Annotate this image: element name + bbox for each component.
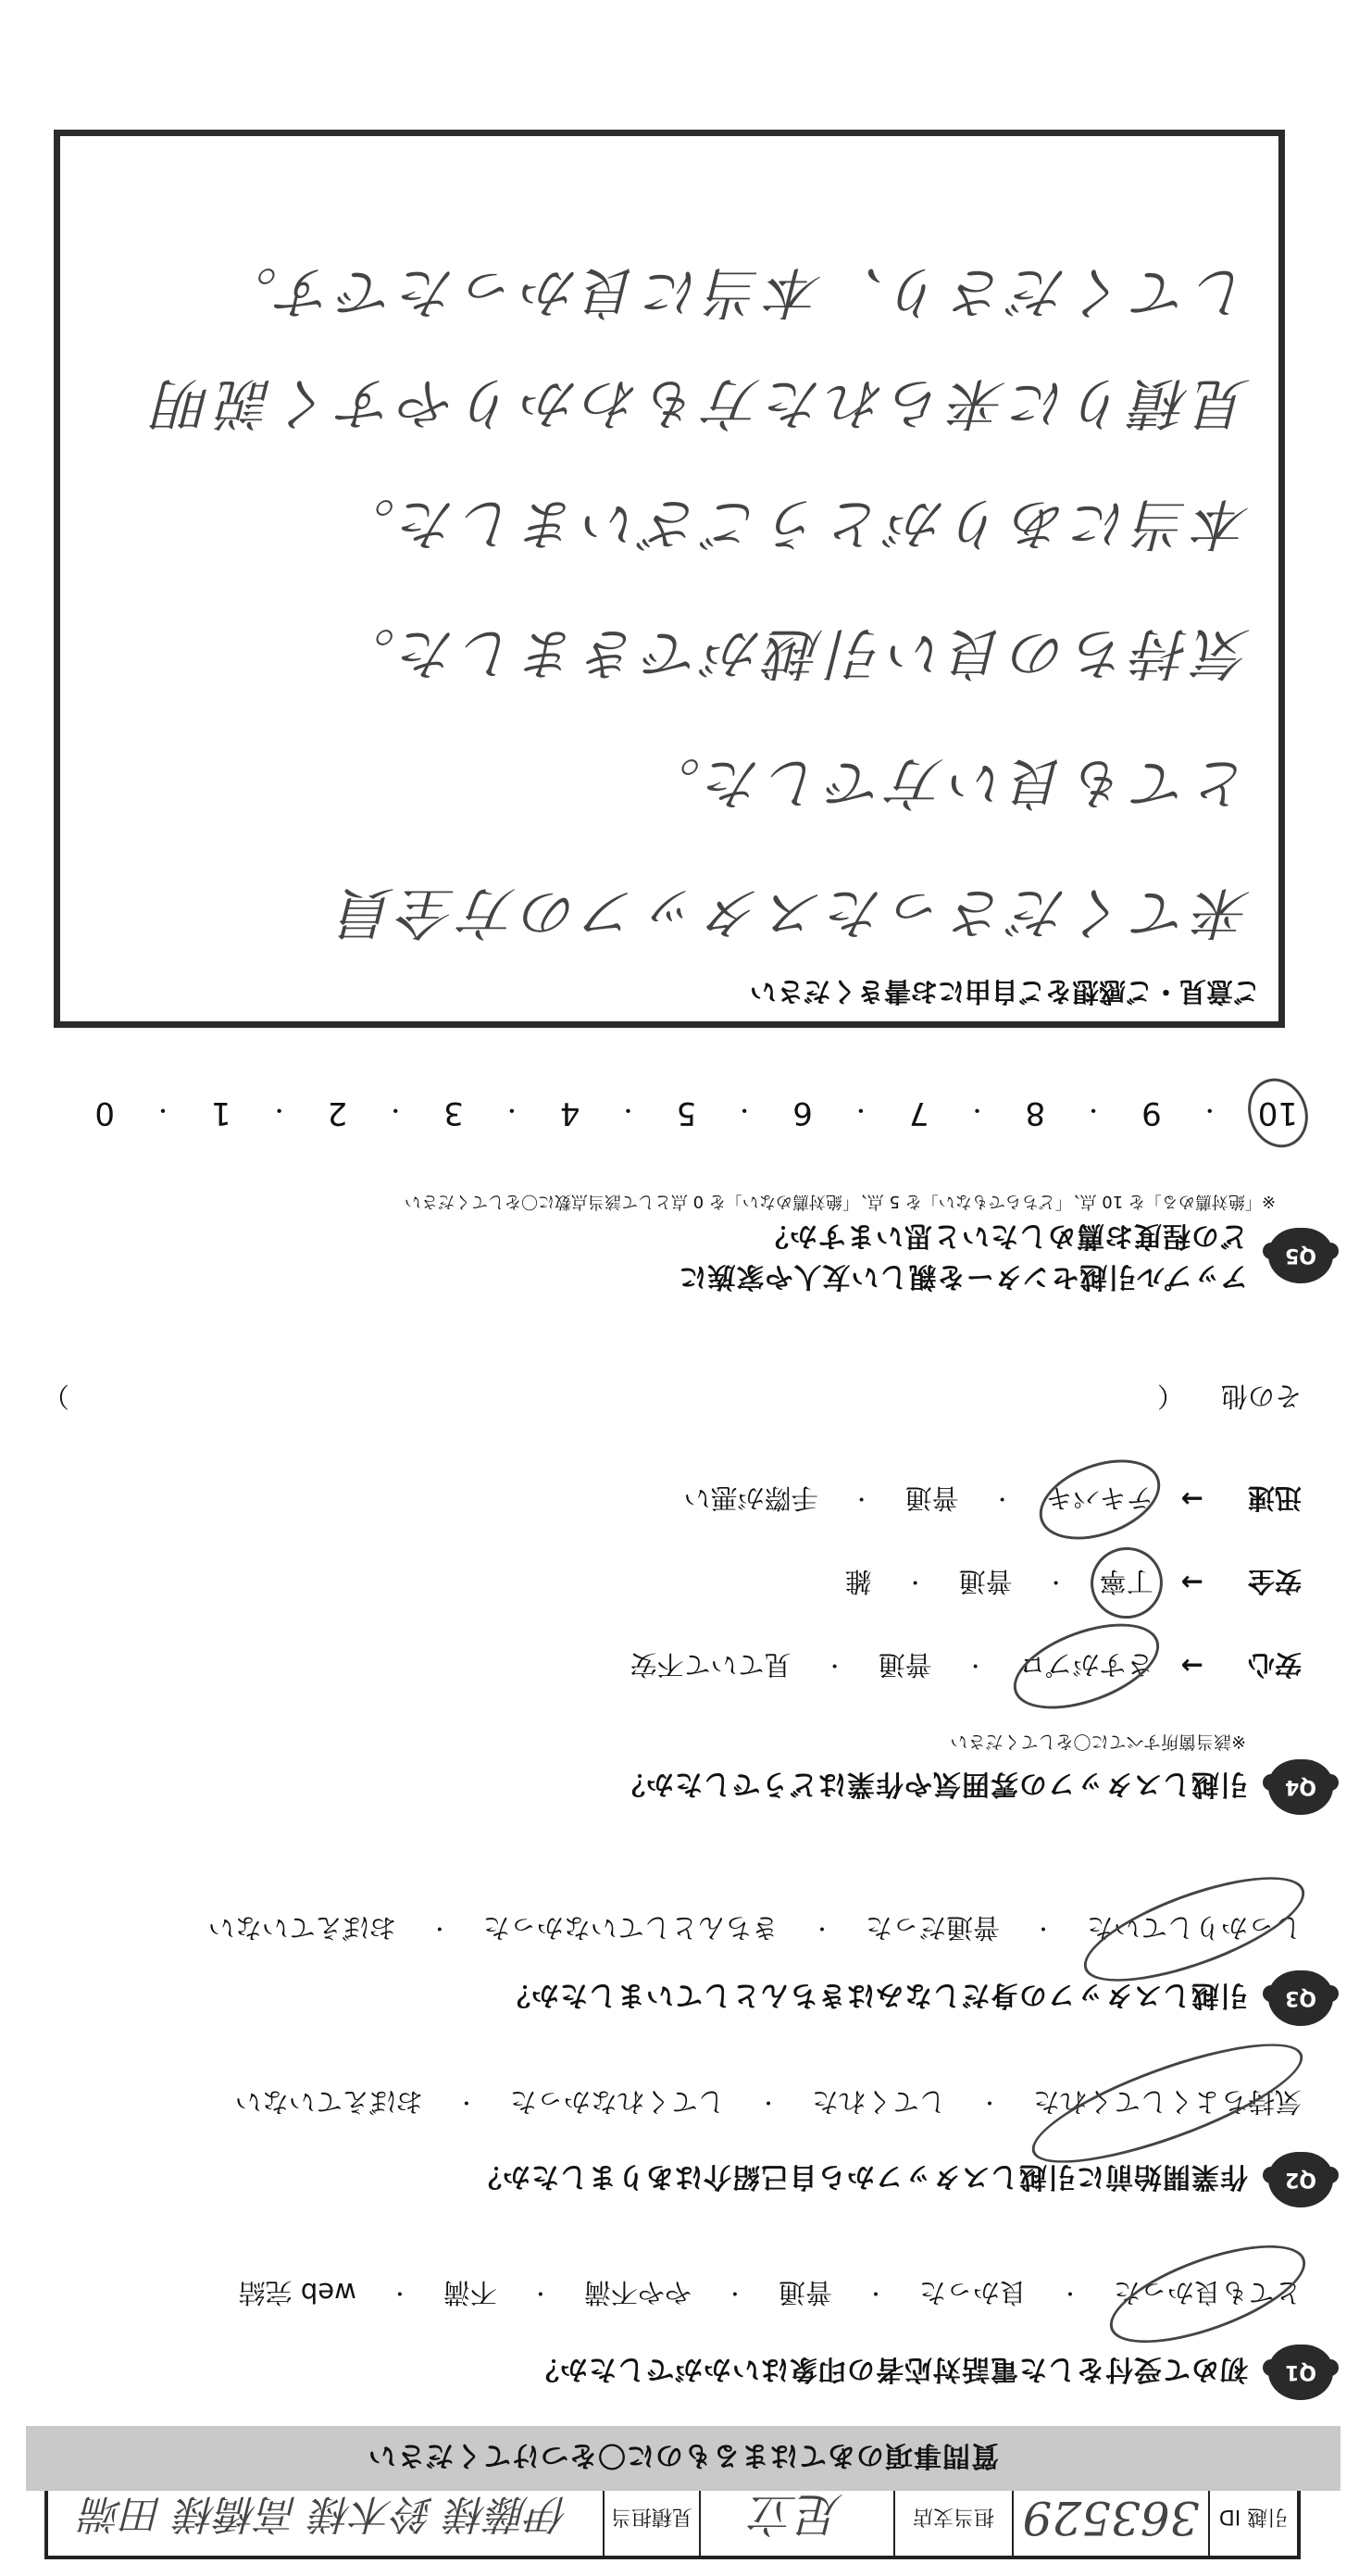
q4-option-normal[interactable]: 普通 [879, 1647, 932, 1685]
q1-option-web[interactable]: web 完結 [239, 2275, 356, 2313]
q4-option-professional[interactable]: さすがプロ [1019, 1647, 1153, 1685]
q2-option-pleasant[interactable]: 気持ちよくしてくれた [1033, 2084, 1302, 2122]
q4-row-label: 安心 [1231, 1647, 1302, 1685]
rating-4[interactable]: 4 [560, 1094, 580, 1132]
q4-option-normal[interactable]: 普通 [959, 1564, 1013, 1602]
q1-option-slightly-dissatisfied[interactable]: やや不満 [584, 2275, 692, 2313]
q2-badge-icon: Q2 [1268, 2152, 1333, 2207]
q5-text-line2: どの程度お薦めしたいと思いますか？ [679, 1219, 1249, 1259]
q3-options: しっかりしていた・ 普通だった・ きちんとしていなかった・ おぼえていない [208, 1910, 1302, 1948]
q2-options: 気持ちよくしてくれた・ してくれた・ してくれなかった・ おぼえていない [235, 2084, 1302, 2122]
q4-option-careful[interactable]: 丁寧 [1100, 1564, 1153, 1602]
comment-line: 来てくださったスタッフの方全員 [334, 877, 1251, 957]
comments-title: ご意見・ご感想をご自由にお書きください [750, 974, 1260, 1012]
q1-option-very-good[interactable]: とても良かった [1114, 2275, 1302, 2313]
q1-option-dissatisfied[interactable]: 不満 [443, 2275, 497, 2313]
q4-row-label: 安全 [1231, 1564, 1302, 1602]
rating-9[interactable]: 9 [1141, 1094, 1162, 1132]
q4-badge-icon: Q4 [1268, 1759, 1333, 1815]
q5-rating-scale: 10・ 9・ 8・ 7・ 6・ 5・ 4・ 3・ 2・ 1・ 0 [94, 1094, 1298, 1132]
branch-label: 担当支店 [913, 2504, 994, 2532]
rating-6[interactable]: 6 [792, 1094, 813, 1132]
arrow-right-icon: → [1181, 1568, 1203, 1599]
rating-3[interactable]: 3 [443, 1094, 464, 1132]
q4-note: ※該当箇所すべてに〇をしてください [617, 1731, 1246, 1756]
q4-row-label: 迅速 [1231, 1481, 1302, 1519]
comment-line: してくださり、本当に良かったです。 [217, 256, 1251, 336]
branch-label-cell: 担当支店 [893, 2481, 1012, 2556]
q3-option-dont-remember[interactable]: おぼえていない [208, 1910, 396, 1948]
q4-other-row: その他 （ ） [43, 1379, 1302, 1417]
q3-badge-icon: Q3 [1268, 1970, 1333, 2026]
q2-option-did-not[interactable]: してくれなかった [510, 2084, 725, 2122]
q4-row-reassurance: 安心 → さすがプロ・ 普通・ 見ていて不安 [630, 1647, 1302, 1685]
arrow-right-icon: → [1181, 1484, 1203, 1516]
comments-box[interactable]: ご意見・ご感想をご自由にお書きください 来てくださったスタッフの方全員 とても良… [54, 130, 1285, 1028]
rating-10[interactable]: 10 [1258, 1094, 1298, 1132]
q4-option-efficient[interactable]: テキパキ [1046, 1481, 1153, 1519]
branch-value-cell: 足立 [699, 2481, 893, 2556]
rating-2[interactable]: 2 [328, 1094, 348, 1132]
q2-option-did[interactable]: してくれた [812, 2084, 946, 2122]
q2-text: 作業開始前に引越しスタッフから自己紹介はありましたか？ [473, 2159, 1248, 2200]
q3-question: Q3 引越しスタッフの身だしなみはきちんとしていましたか？ [502, 1970, 1333, 2026]
q4-question: Q4 引越しスタッフの雰囲気や作業はどうでしたか？ ※該当箇所すべてに〇をしてく… [617, 1731, 1333, 1815]
q5-note: ※「絶対薦める」を 10 点、「どちらでもない」を 5 点、「絶対薦めない」を … [405, 1191, 1276, 1215]
rating-5[interactable]: 5 [677, 1094, 697, 1132]
q1-badge-icon: Q1 [1268, 2345, 1333, 2400]
q4-text: 引越しスタッフの雰囲気や作業はどうでしたか？ [617, 1767, 1248, 1807]
q3-option-normal[interactable]: 普通だった [866, 1910, 1000, 1948]
rating-0[interactable]: 0 [94, 1094, 115, 1132]
q1-option-good[interactable]: 良かった [919, 2275, 1027, 2313]
instructions-banner: 質問事項のあてはまるものに〇をつけてください [26, 2426, 1340, 2491]
q4-option-rough[interactable]: 雑 [845, 1564, 872, 1602]
q5-badge-icon: Q5 [1268, 1228, 1333, 1283]
rating-1[interactable]: 1 [211, 1094, 231, 1132]
q1-text: 初めて受付をした電話対応者の印象はいかがでしたか？ [530, 2352, 1248, 2393]
q5-question: Q5 アップル引越センターを親しい友人や家族に どの程度お薦めしたいと思いますか… [405, 1191, 1333, 1300]
move-id-label: 引越 ID [1219, 2504, 1288, 2532]
q4-option-normal[interactable]: 普通 [905, 1481, 959, 1519]
estimator-value: 伊藤様 鈴木様 高橋様 田端 [82, 2489, 569, 2548]
comment-line: 本当にありがとうございました。 [334, 488, 1251, 568]
q1-option-normal[interactable]: 普通 [779, 2275, 832, 2313]
comment-line: 見積りに来られた方もわかりやすく説明 [151, 368, 1251, 447]
rating-7[interactable]: 7 [909, 1094, 929, 1132]
rating-8[interactable]: 8 [1025, 1094, 1045, 1132]
estimator-value-cell: 伊藤様 鈴木様 高橋様 田端 [48, 2481, 603, 2556]
banner-text: 質問事項のあてはまるものに〇をつけてください [368, 2438, 999, 2479]
q2-question: Q2 作業開始前に引越しスタッフから自己紹介はありましたか？ [473, 2152, 1333, 2207]
q4-row-speed: 迅速 → テキパキ・ 普通・ 手際が悪い [684, 1481, 1302, 1519]
q5-text-line1: アップル引越センターを親しい友人や家族に [679, 1259, 1249, 1300]
q3-text: 引越しスタッフの身だしなみはきちんとしていましたか？ [502, 1978, 1248, 2019]
q4-option-clumsy[interactable]: 手際が悪い [684, 1481, 818, 1519]
estimator-label-cell: 見積担当 [603, 2481, 699, 2556]
q4-other-label: その他 [1221, 1379, 1302, 1417]
q4-other-open-paren: （ [1157, 1379, 1184, 1417]
q4-other-close-paren: ） [43, 1379, 69, 1417]
q4-option-anxious[interactable]: 見ていて不安 [630, 1647, 792, 1685]
comment-line: とても良い方でした。 [640, 747, 1251, 827]
move-id-label-cell: 引越 ID [1208, 2481, 1297, 2556]
move-id-value: 363529 [1023, 2492, 1200, 2545]
move-id-value-cell: 363529 [1012, 2481, 1208, 2556]
q3-option-not-neat[interactable]: きちんとしていなかった [483, 1910, 779, 1948]
q1-question: Q1 初めて受付をした電話対応者の印象はいかがでしたか？ [530, 2345, 1333, 2400]
arrow-right-icon: → [1181, 1651, 1203, 1682]
q1-options: とても良かった・ 良かった・ 普通・ やや不満・ 不満・ web 完結 [239, 2275, 1302, 2313]
q4-row-safety: 安全 → 丁寧・ 普通・ 雑 [845, 1564, 1302, 1602]
q2-option-dont-remember[interactable]: おぼえていない [235, 2084, 423, 2122]
branch-value: 足立 [751, 2485, 843, 2552]
q3-option-neat[interactable]: しっかりしていた [1087, 1910, 1302, 1948]
comment-line: 気持ちの良い引越ができました。 [334, 618, 1251, 697]
estimator-label: 見積担当 [611, 2504, 692, 2532]
survey-sheet: 引越 ID 363529 担当支店 足立 見積担当 伊藤様 鈴木様 高橋様 田端… [0, 0, 1359, 2576]
